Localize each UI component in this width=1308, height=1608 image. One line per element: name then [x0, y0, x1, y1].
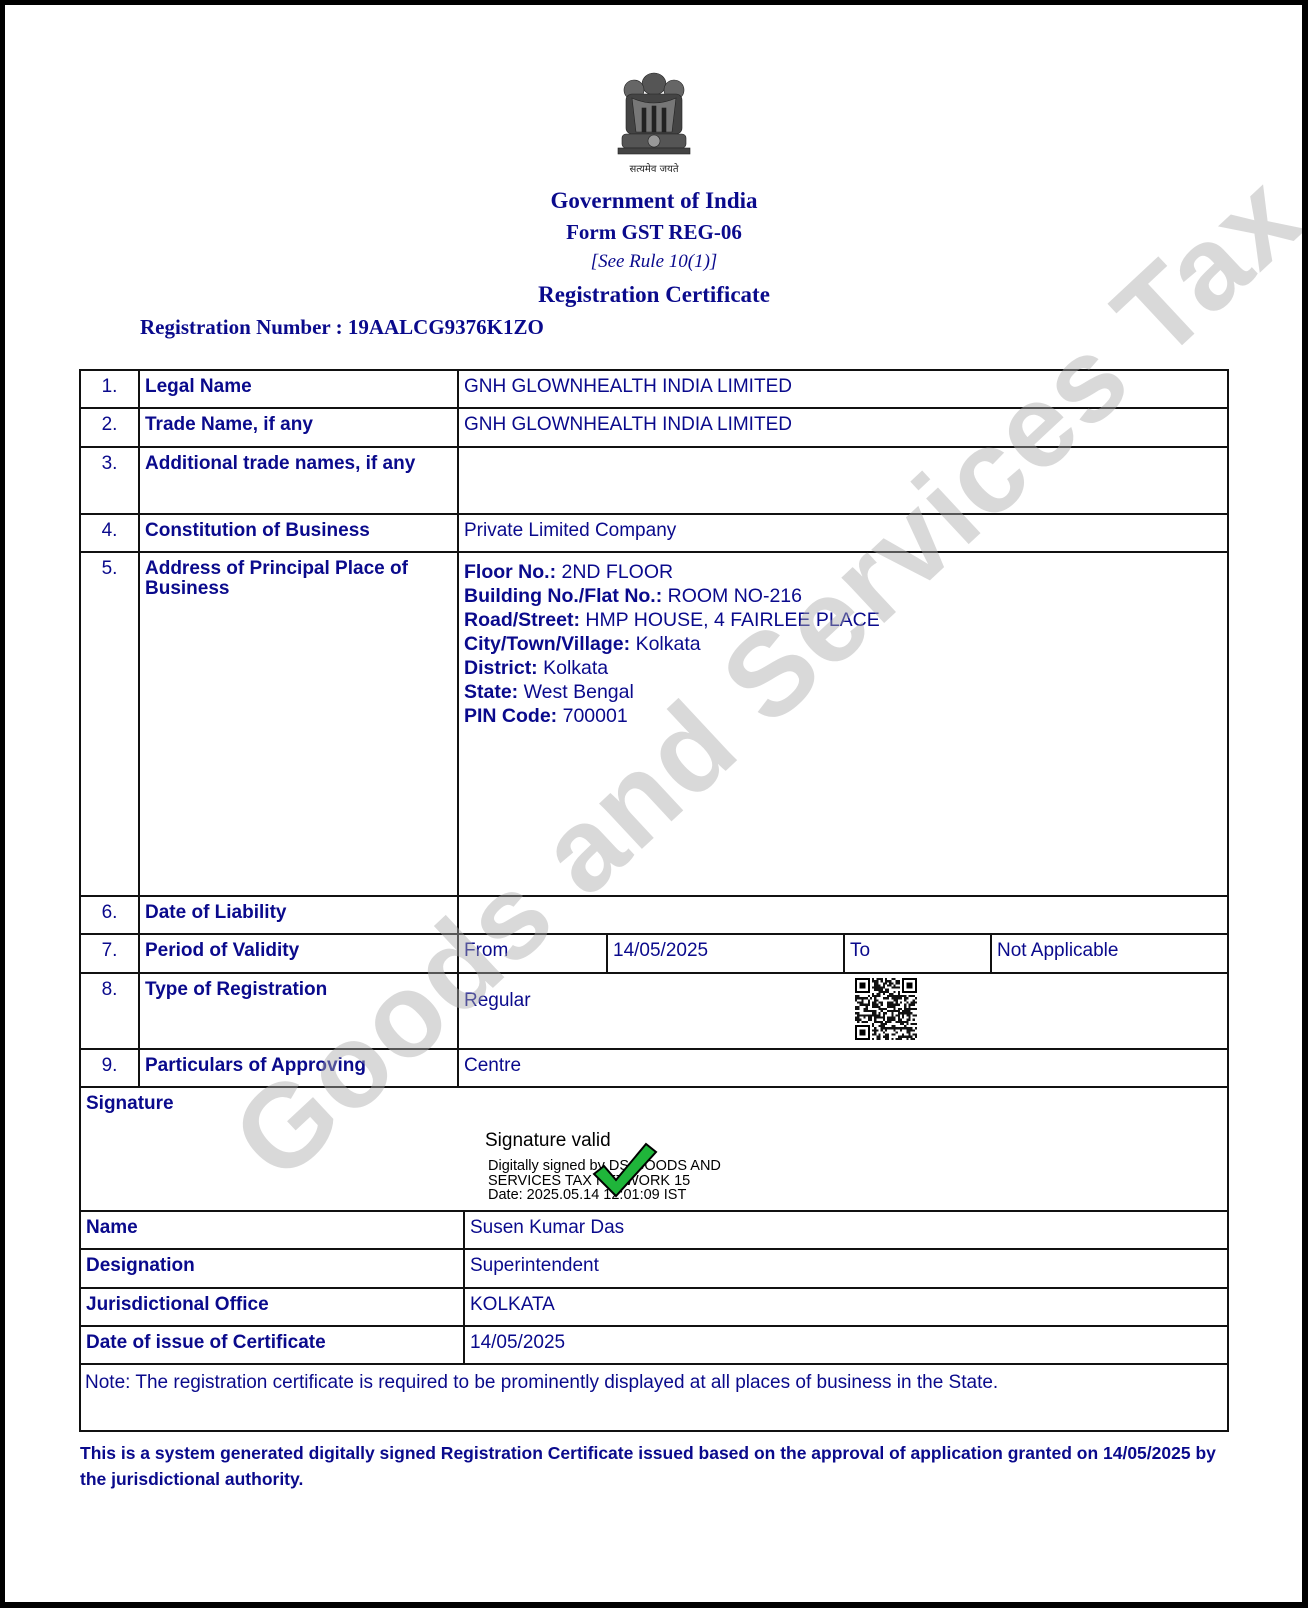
qr-code[interactable]	[851, 978, 921, 1040]
svg-text:सत्यमेव जयते: सत्यमेव जयते	[629, 163, 678, 175]
row-value-legal-name: GNH GLOWNHEALTH INDIA LIMITED	[459, 371, 1227, 397]
officer-value-jurisdictional-office: KOLKATA	[465, 1289, 1225, 1315]
row-number: 3.	[81, 448, 138, 474]
row-line	[79, 1430, 1229, 1432]
address-state: State: West Bengal	[464, 680, 1222, 704]
table-border-right	[1227, 369, 1229, 1431]
national-emblem-icon: सत्यमेव जयते	[612, 68, 696, 178]
row-value-address: Floor No.: 2ND FLOOR Building No./Flat N…	[459, 554, 1227, 728]
officer-label-name: Name	[81, 1212, 461, 1238]
address-road: Road/Street: HMP HOUSE, 4 FAIRLEE PLACE	[464, 608, 1222, 632]
address-pin: PIN Code: 700001	[464, 704, 1222, 728]
address-floor: Floor No.: 2ND FLOOR	[464, 560, 1222, 584]
address-district: District: Kolkata	[464, 656, 1222, 680]
row-value-constitution: Private Limited Company	[459, 515, 1227, 541]
officer-label-jurisdictional-office: Jurisdictional Office	[81, 1289, 461, 1315]
row-value-date-of-liability	[459, 897, 1227, 903]
registration-number-label: Registration Number :	[140, 315, 343, 339]
address-city: City/Town/Village: Kolkata	[464, 632, 1222, 656]
validity-to-value: Not Applicable	[992, 935, 1227, 961]
row-label-date-of-liability: Date of Liability	[140, 897, 457, 923]
officer-value-date-of-issue: 14/05/2025	[465, 1327, 1225, 1353]
officer-value-name: Susen Kumar Das	[465, 1212, 1225, 1238]
validity-to-label: To	[845, 935, 990, 961]
row-value-trade-name: GNH GLOWNHEALTH INDIA LIMITED	[459, 409, 1227, 435]
checkmark-icon	[590, 1138, 660, 1198]
row-number: 7.	[81, 935, 138, 961]
row-label-approving: Particulars of Approving	[140, 1050, 457, 1076]
row-value-approving: Centre	[459, 1050, 1227, 1076]
address-building: Building No./Flat No.: ROOM NO-216	[464, 584, 1222, 608]
row-number: 9.	[81, 1050, 138, 1076]
row-value-type-of-registration: Regular	[459, 985, 839, 1011]
row-number: 1.	[81, 371, 138, 397]
officer-value-designation: Superintendent	[465, 1250, 1225, 1276]
row-number: 6.	[81, 897, 138, 923]
row-value-additional-trade-names	[459, 448, 1227, 454]
row-number: 4.	[81, 515, 138, 541]
officer-label-designation: Designation	[81, 1250, 461, 1276]
row-label-additional-trade-names: Additional trade names, if any	[140, 448, 440, 474]
validity-from-label: From	[459, 935, 606, 961]
row-label-address: Address of Principal Place of Business	[140, 553, 457, 599]
certificate-title: Registration Certificate	[0, 282, 1308, 308]
validity-from-value: 14/05/2025	[608, 935, 843, 961]
row-line	[79, 1363, 1229, 1365]
form-title: Form GST REG-06	[0, 220, 1308, 245]
row-label-period-of-validity: Period of Validity	[140, 935, 457, 961]
system-generated-notice: This is a system generated digitally sig…	[80, 1440, 1230, 1492]
signature-label: Signature	[81, 1088, 381, 1114]
officer-label-date-of-issue: Date of issue of Certificate	[81, 1327, 461, 1353]
row-number: 5.	[81, 553, 138, 579]
row-label-trade-name: Trade Name, if any	[140, 409, 457, 435]
row-label-type-of-registration: Type of Registration	[140, 974, 457, 1000]
row-label-legal-name: Legal Name	[140, 371, 457, 397]
row-number: 2.	[81, 409, 138, 435]
registration-number-value: 19AALCG9376K1ZO	[348, 315, 544, 339]
government-title: Government of India	[0, 188, 1308, 214]
display-note: Note: The registration certificate is re…	[80, 1366, 1220, 1400]
registration-number: Registration Number : 19AALCG9376K1ZO	[140, 315, 544, 340]
row-number: 8.	[81, 974, 138, 1000]
row-label-constitution: Constitution of Business	[140, 515, 457, 541]
rule-reference: [See Rule 10(1)]	[0, 251, 1308, 273]
